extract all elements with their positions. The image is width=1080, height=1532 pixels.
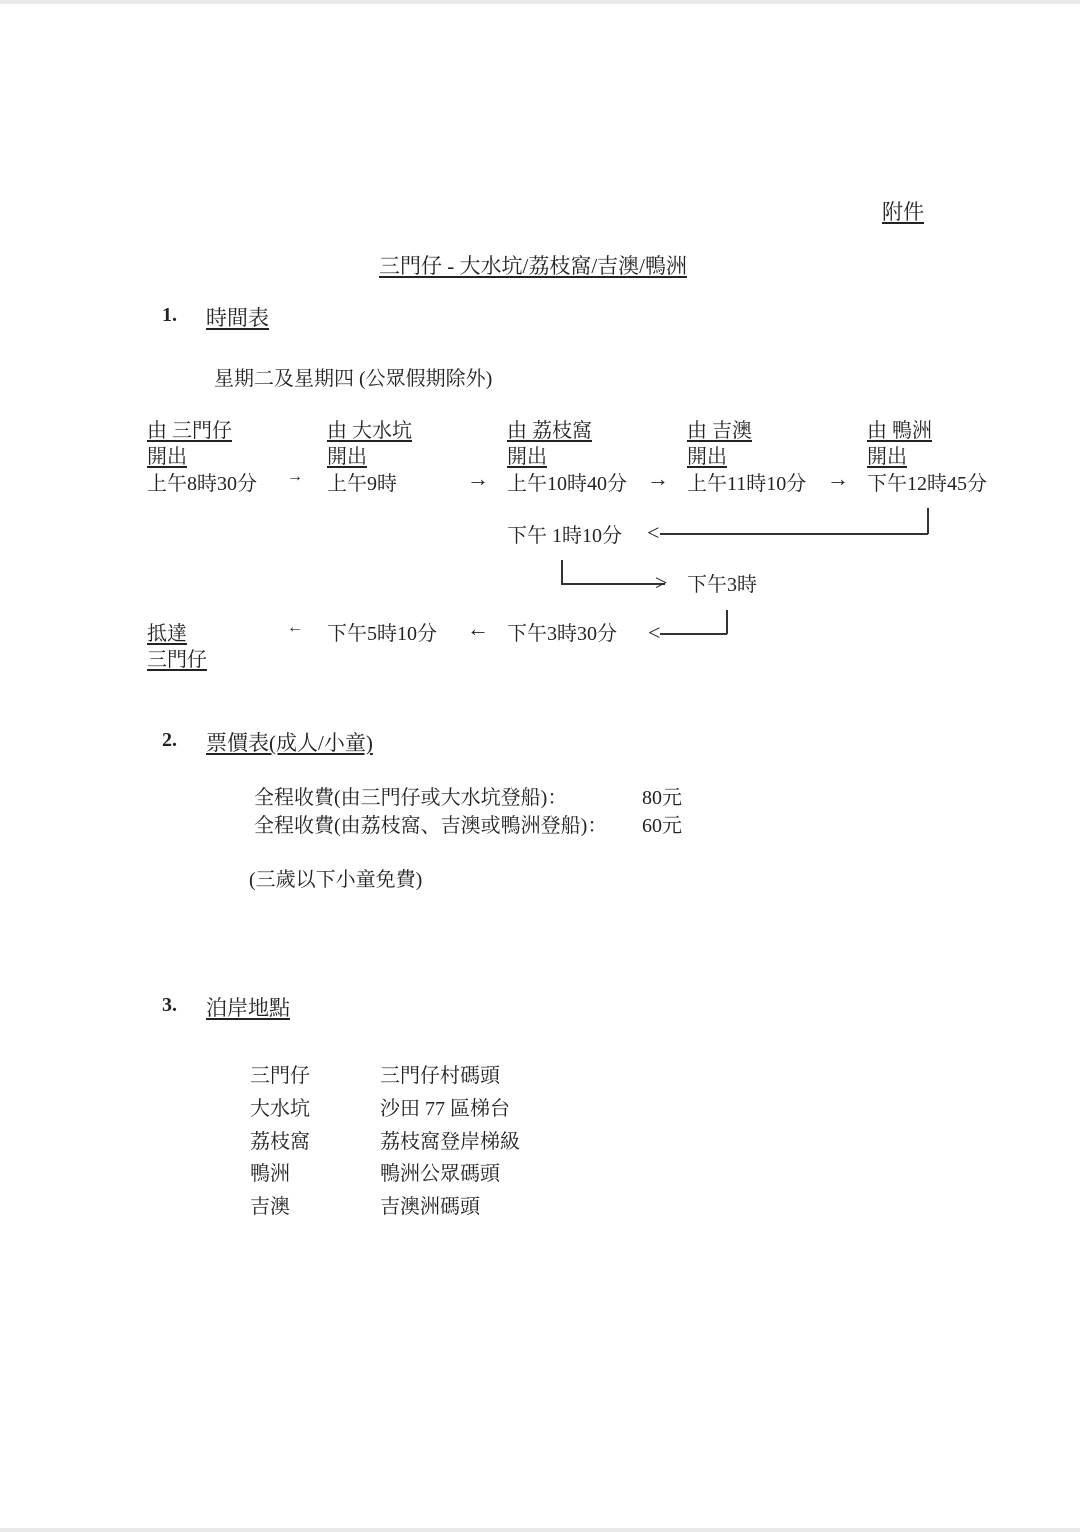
pier-place: 荔枝窩 [250, 1125, 310, 1154]
fare-price: 60元 [642, 809, 682, 838]
connector-line [561, 560, 563, 584]
fare-note: (三歲以下小童免費) [249, 863, 422, 892]
pier-place: 三門仔 [250, 1059, 310, 1088]
return-time-lai-chi-wo: 下午 1時10分 [507, 519, 622, 548]
departure-time: 下午12時45分 [867, 467, 987, 496]
departure-time: 上午8時30分 [147, 467, 257, 496]
pier-place: 大水坑 [250, 1092, 310, 1121]
arrow-right-icon: → [287, 468, 303, 486]
section-number-2: 2. [162, 729, 177, 752]
departure-time: 上午9時 [327, 467, 397, 496]
departure-label: 開出 [507, 440, 547, 469]
section-heading-timetable: 時間表 [206, 302, 269, 332]
pier-location: 沙田 77 區梯台 [380, 1092, 510, 1121]
connector-line [726, 610, 728, 634]
arrival-label: 抵達 [147, 617, 187, 646]
arrival-destination: 三門仔 [147, 643, 207, 672]
fare-label: 全程收費(由荔枝窩、吉澳或鴨洲登船)： [254, 809, 607, 838]
arrow-left-icon: ← [467, 616, 489, 642]
arrow-left-icon: ← [287, 619, 303, 637]
arrow-right-icon: → [647, 466, 669, 492]
section-heading-piers: 泊岸地點 [206, 992, 290, 1022]
return-time-tai-shui-hang: 下午5時10分 [327, 617, 437, 646]
connector-line [561, 583, 665, 585]
fare-label: 全程收費(由三門仔或大水坑登船)： [254, 781, 567, 810]
arrow-right-icon: → [467, 466, 489, 492]
departure-origin: 由 荔枝窩 [507, 414, 592, 443]
return-time-kat-o: 下午3時 [687, 568, 757, 597]
departure-label: 開出 [147, 440, 187, 469]
departure-time: 上午11時10分 [687, 467, 806, 496]
arrow-left-icon: < [648, 622, 660, 644]
pier-location: 鴨洲公眾碼頭 [380, 1157, 500, 1186]
section-number-1: 1. [162, 304, 177, 327]
section-number-3: 3. [162, 994, 177, 1017]
pier-place: 鴨洲 [250, 1157, 290, 1186]
departure-origin: 由 三門仔 [147, 414, 232, 443]
arrow-right-icon: → [827, 466, 849, 492]
arrow-right-icon: > [655, 572, 667, 594]
departure-origin: 由 吉澳 [687, 414, 752, 443]
document-page: 附件 三門仔 - 大水坑/荔枝窩/吉澳/鴨洲 1. 時間表 星期二及星期四 (公… [0, 4, 1080, 1528]
arrow-left-icon: < [647, 522, 659, 544]
departure-label: 開出 [867, 440, 907, 469]
departure-label: 開出 [327, 440, 367, 469]
pier-location: 三門仔村碼頭 [380, 1059, 500, 1088]
connector-line [927, 508, 929, 534]
departure-origin: 由 大水坑 [327, 414, 412, 443]
connector-line [660, 633, 727, 635]
return-time-lai-chi-wo-second: 下午3時30分 [507, 617, 617, 646]
departure-label: 開出 [687, 440, 727, 469]
service-days: 星期二及星期四 (公眾假期除外) [214, 362, 492, 391]
document-title: 三門仔 - 大水坑/荔枝窩/吉澳/鴨洲 [379, 250, 687, 280]
pier-location: 荔枝窩登岸梯級 [380, 1125, 520, 1154]
departure-origin: 由 鴨洲 [867, 414, 932, 443]
annex-label: 附件 [882, 196, 924, 226]
pier-location: 吉澳洲碼頭 [380, 1190, 480, 1219]
departure-time: 上午10時40分 [507, 467, 627, 496]
section-heading-fares: 票價表(成人/小童) [206, 727, 373, 757]
connector-line [660, 533, 928, 535]
pier-place: 吉澳 [250, 1190, 290, 1219]
fare-price: 80元 [642, 781, 682, 810]
